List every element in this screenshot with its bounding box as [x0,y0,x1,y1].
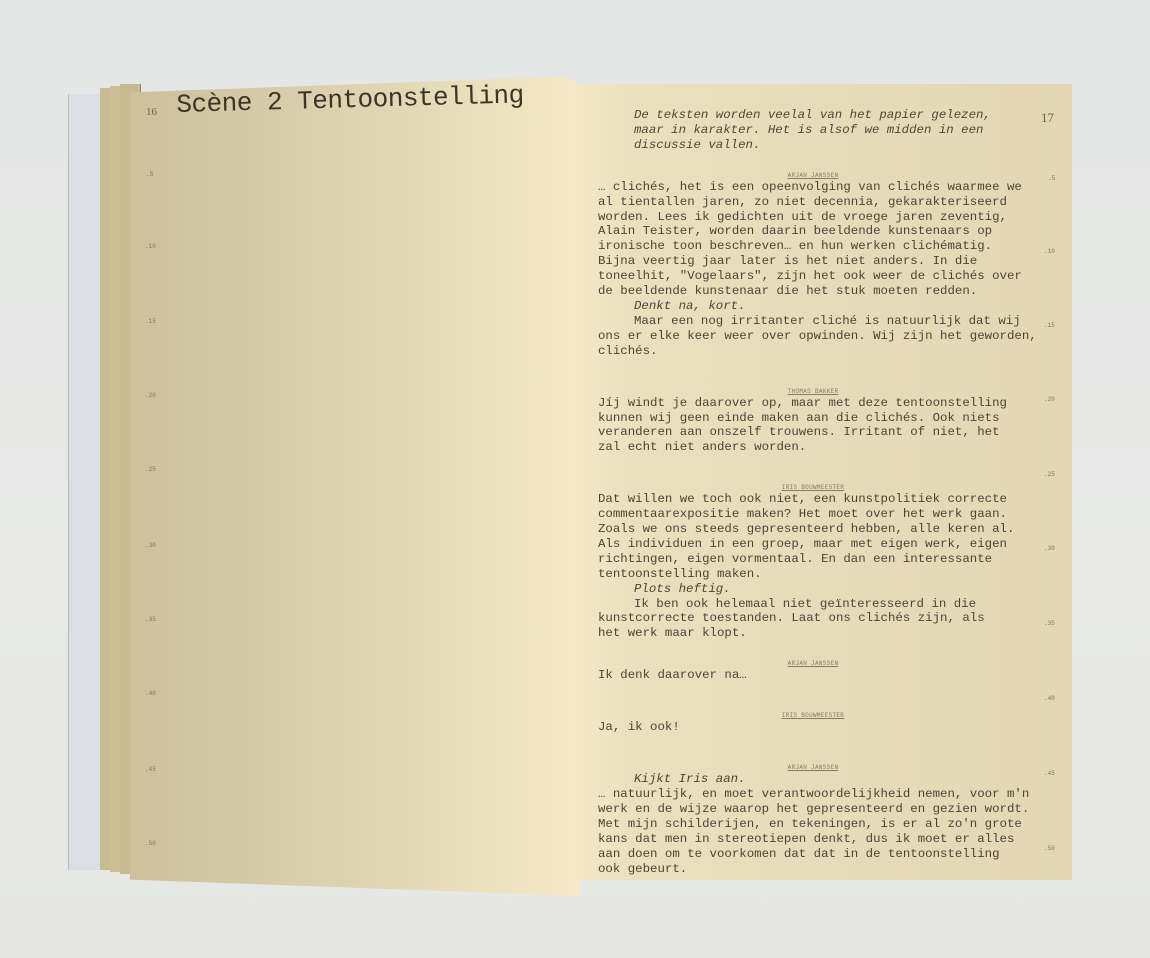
speaker-name: ARJAN JANSSEN [598,659,1028,668]
left-page [130,76,580,896]
line-number: .35 [145,616,156,623]
line-number: .20 [145,392,156,399]
speaker-name: IRIS BOUWMEESTER [598,483,1028,492]
dialogue-block: IRIS BOUWMEESTER Ja, ik ook! [598,711,1028,735]
line-number: .5 [1048,175,1055,182]
stage-direction: Kijkt Iris aan. [598,772,1028,787]
stage-direction: Denkt na, kort. [598,299,1028,314]
line-number: .35 [1044,620,1055,627]
line-number: .15 [145,318,156,325]
line-number: .30 [145,542,156,549]
speaker-name: ARJAN JANSSEN [598,171,1028,180]
dialogue-block: ARJAN JANSSEN Kijkt Iris aan. … natuurli… [598,763,1028,876]
line-number: .45 [1044,770,1055,777]
line-number: .20 [1044,396,1055,403]
speaker-name: ARJAN JANSSEN [598,763,1028,772]
line-number: .50 [1044,845,1055,852]
line-number: .10 [145,243,156,250]
line-number: .25 [1044,471,1055,478]
page-number-left: 16 [146,106,157,118]
line-number: .30 [1044,545,1055,552]
speaker-name: THOMAS BAKKER [598,387,1028,396]
line-number: .25 [145,466,156,473]
line-number: .10 [1044,248,1055,255]
line-number: .45 [145,766,156,773]
speaker-name: IRIS BOUWMEESTER [598,711,1028,720]
line-number: .40 [1044,695,1055,702]
line-number: .5 [146,171,153,178]
line-number: .40 [145,690,156,697]
dialogue-block: ARJAN JANSSEN Ik denk daarover na… [598,659,1028,683]
dialogue-block: THOMAS BAKKER Jíj windt je daarover op, … [598,387,1028,456]
line-number: .50 [145,840,156,847]
script-text: De teksten worden veelal van het papier … [598,108,1028,876]
stage-direction: Plots heftig. [598,582,1028,597]
stage-direction-intro: De teksten worden veelal van het papier … [598,108,1028,153]
dialogue-block: IRIS BOUWMEESTER Dat willen we toch ook … [598,483,1028,641]
dialogue-block: ARJAN JANSSEN … clichés, het is een opee… [598,171,1028,359]
line-number: .15 [1044,322,1055,329]
page-number-right: 17 [1041,110,1054,126]
